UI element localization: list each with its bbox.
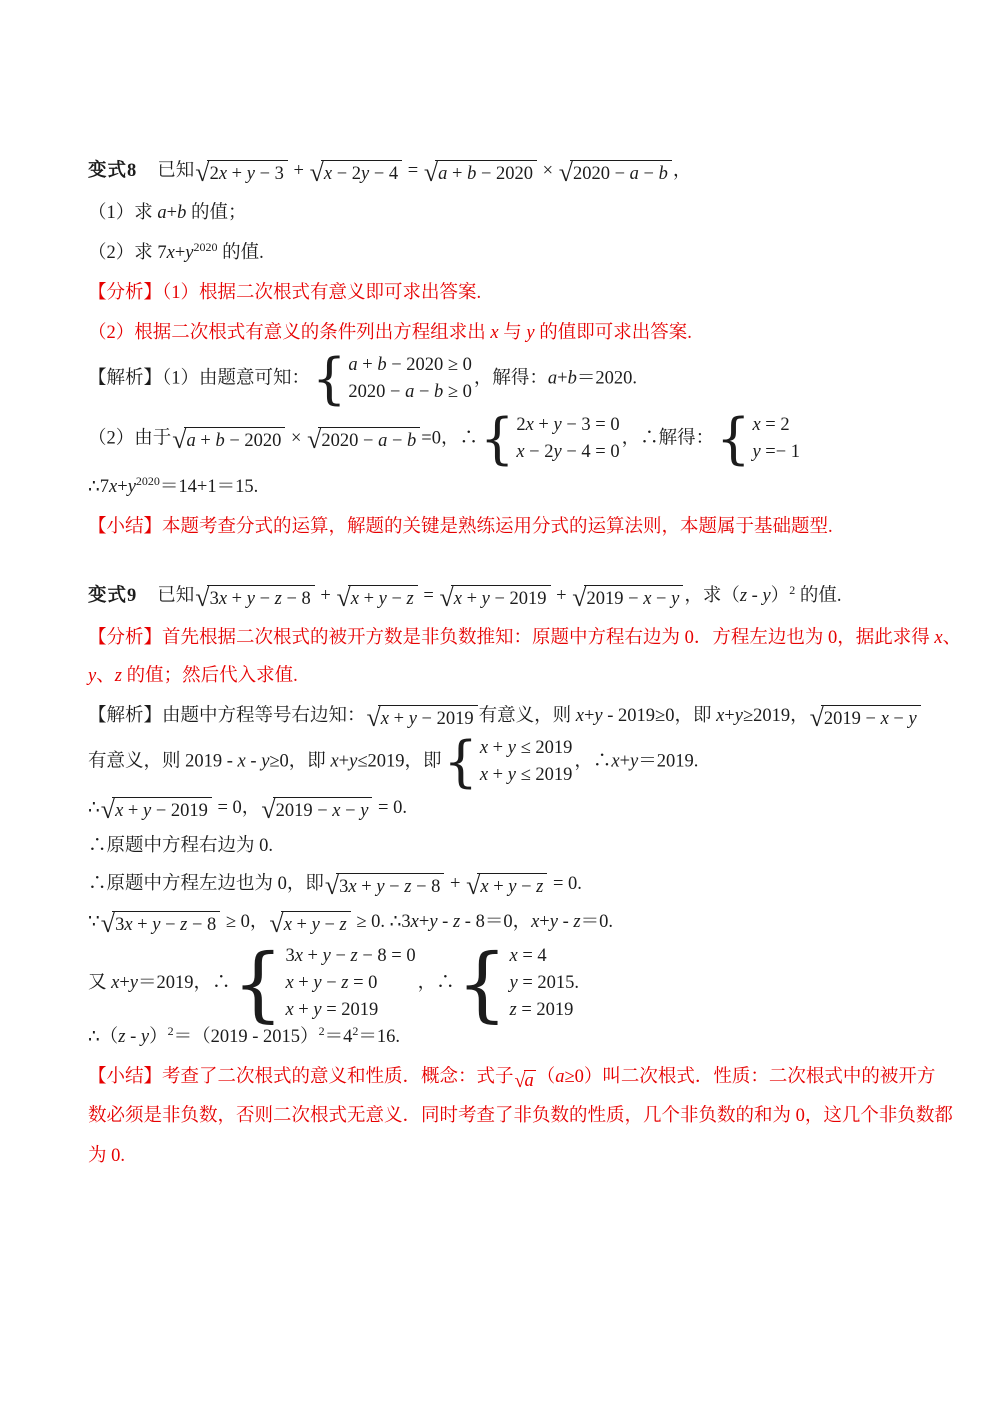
step-text: 又 x+y＝2019，∴	[88, 973, 231, 993]
solution-result: a+b＝2020.	[548, 368, 637, 388]
conclusion-text: ＝16.	[358, 1027, 400, 1047]
step-text: ≥ 0，	[221, 912, 268, 932]
conclusion-text: ∴7x+y	[88, 477, 136, 497]
question-text: 的值.	[795, 586, 841, 606]
equation-system: x + y ≤ 2019x + y ≤ 2019	[443, 735, 572, 789]
v8-question-1: （1）求 a+b 的值；	[88, 200, 907, 226]
radicand: 2x + y − 3	[207, 160, 288, 185]
v8-conclusion-line: ∴7x+y2020＝14+1＝15.	[88, 474, 907, 500]
solution-text: ，∴解得：	[622, 428, 715, 448]
conclusion-text: ＝14+1＝15.	[160, 477, 258, 497]
v9-analysis-line-1: 【分析】首先根据二次根式的被开方数是非负数推知：原题中方程右边为 0．方程左边也…	[88, 625, 907, 651]
solution-row: x = 4	[510, 943, 580, 970]
radicand: 3x + y − z − 8	[112, 911, 220, 936]
conclusion-text: ＝4	[325, 1027, 353, 1047]
radical-expression: √3x + y − z − 8	[101, 911, 220, 937]
equation-row: 3x + y − z − 8 = 0	[285, 943, 415, 970]
operator: =	[403, 161, 423, 181]
solution-text: 【解析】（1）由题意可知：	[88, 368, 310, 388]
operator: +	[552, 586, 572, 606]
question-text: （1）求 a+b 的值；	[88, 203, 246, 223]
equation-system: 2x + y − 3 = 0x − 2y − 4 = 0	[480, 412, 620, 466]
equation-row: x + y ≤ 2019	[480, 762, 573, 789]
radicand: 3x + y − z − 8	[207, 585, 315, 610]
exponent: 2020	[194, 240, 218, 254]
radicand: 2019 − x − y	[273, 797, 373, 822]
v9-step-line-4: ∴原题中方程右边为 0.	[88, 833, 907, 859]
radical-expression: √x + y − z	[269, 911, 350, 937]
v8-question-2: （2）求 7x+y2020 的值.	[88, 240, 907, 266]
conclusion-text: ∴（z - y）	[88, 1027, 168, 1047]
radicand: 3x + y − z − 8	[336, 873, 444, 898]
radical-expression: √2019 − x − y	[810, 705, 921, 731]
operator: =	[419, 586, 439, 606]
radicand: x + y − z	[348, 585, 418, 610]
equation-system: 3x + y − z − 8 = 0x + y − z = 0x + y = 2…	[233, 943, 416, 1024]
equation-row: x + y − z = 0	[285, 970, 415, 997]
operator: +	[289, 161, 309, 181]
step-text: ∴原题中方程左边也为 0，即	[88, 874, 324, 894]
v8-solution-line-1: 【解析】（1）由题意可知：a + b − 2020 ≥ 02020 − a − …	[88, 352, 907, 406]
operator: +	[316, 586, 336, 606]
v9-step-line-6: ∵√3x + y − z − 8 ≥ 0，√x + y − z ≥ 0. ∴3x…	[88, 909, 907, 937]
solution-row: x = 2	[752, 412, 800, 439]
radical-expression: √3x + y − z − 8	[325, 873, 444, 899]
question-text: 的值.	[218, 243, 264, 263]
v8-analysis-line-1: 【分析】（1）根据二次根式有意义即可求出答案.	[88, 280, 907, 306]
v9-summary-line-1: 【小结】考查了二次根式的意义和性质．概念：式子√a（a≥0）叫二次根式．性质：二…	[88, 1064, 907, 1092]
solution-text: =0，	[421, 428, 459, 448]
equation-row: x − 2y − 4 = 0	[516, 439, 619, 466]
solution-text: （2）由于	[88, 428, 171, 448]
operator: ×	[538, 161, 558, 181]
solution-system: x = 4y = 2015.z = 2019	[457, 943, 579, 1024]
step-text: = 0，	[213, 798, 260, 818]
solution-text: 有意义，则 2019 - x - y≥0，即 x+y≤2019，即	[88, 751, 441, 771]
step-text: = 0.	[548, 874, 582, 894]
equation-row: x + y = 2019	[285, 997, 415, 1024]
radicand: x + y − z	[281, 911, 351, 936]
v9-problem-line: 变式9已知√3x + y − z − 8 + √x + y − z = √x +…	[88, 583, 907, 611]
analysis-text: 【分析】首先根据二次根式的被开方数是非负数推知：原题中方程右边为 0．方程左边也…	[88, 628, 961, 648]
v8-given-lead: 已知	[157, 161, 194, 181]
solution-text: 有意义，则 x+y - 2019≥0，即 x+y≥2019，	[479, 706, 809, 726]
equation-system: a + b − 2020 ≥ 02020 − a − b ≥ 0	[312, 352, 472, 406]
solution-row: y = 2015.	[510, 970, 580, 997]
summary-text: （a≥0）叫二次根式．性质：二次根式中的被开方	[537, 1067, 936, 1087]
step-text: ∴3x+y - z - 8＝0，x+y - z＝0.	[385, 912, 613, 932]
system-rows: x = 2y =− 1	[752, 412, 800, 466]
operator: +	[445, 874, 465, 894]
therefore-symbol: ∴	[88, 798, 100, 818]
system-rows: 2x + y − 3 = 0x − 2y − 4 = 0	[516, 412, 619, 466]
radicand: a	[524, 1070, 536, 1091]
v8-problem-line: 变式8已知√2x + y − 3 + √x − 2y − 4 = √a + b …	[88, 158, 907, 186]
because-symbol: ∵	[88, 912, 100, 932]
summary-text: 数必须是非负数，否则二次根式无意义．同时考查了非负数的性质，几个非负数的和为 0…	[88, 1106, 953, 1126]
solution-text: 【解析】由题中方程等号右边知：	[88, 706, 366, 726]
radical-expression: √2x + y − 3	[195, 160, 288, 186]
solution-text: ，解得：	[474, 368, 548, 388]
punctuation: ，	[673, 161, 692, 181]
equation-row: a + b − 2020 ≥ 0	[348, 352, 472, 379]
system-rows: 3x + y − z − 8 = 0x + y − z = 0x + y = 2…	[285, 943, 415, 1024]
v8-title: 变式8	[88, 161, 137, 181]
solution-row: y =− 1	[752, 439, 800, 466]
v9-summary-line-2: 数必须是非负数，否则二次根式无意义．同时考查了非负数的性质，几个非负数的和为 0…	[88, 1103, 907, 1129]
radical-expression: √x + y − z	[466, 873, 547, 899]
analysis-text: （2）根据二次根式有意义的条件列出方程组求出 x 与 y 的值即可求出答案.	[88, 323, 692, 343]
equation-row: 2020 − a − b ≥ 0	[348, 379, 472, 406]
v9-step-line-7: 又 x+y＝2019，∴3x + y − z − 8 = 0x + y − z …	[88, 943, 907, 1024]
solution-text: ，∴x+y＝2019.	[574, 751, 698, 771]
radical-expression: √a	[515, 1070, 536, 1092]
radicand: x + y − 2019	[451, 585, 551, 610]
radical-expression: √3x + y − z − 8	[195, 585, 314, 611]
step-text: ，∴	[418, 973, 455, 993]
radicand: 2019 − x − y	[584, 585, 684, 610]
solution-row: z = 2019	[510, 997, 580, 1024]
variation-9-section: 变式9已知√3x + y − z − 8 + √x + y − z = √x +…	[88, 583, 907, 1169]
math-worksheet-page: 变式8已知√2x + y − 3 + √x − 2y − 4 = √a + b …	[0, 0, 993, 1404]
v9-given-lead: 已知	[157, 586, 194, 606]
v9-summary-line-3: 为 0.	[88, 1143, 907, 1169]
v9-step-line-5: ∴原题中方程左边也为 0，即√3x + y − z − 8 + √x + y −…	[88, 871, 907, 899]
v9-solution-line-1: 【解析】由题中方程等号右边知：√x + y − 2019有意义，则 x+y - …	[88, 703, 907, 731]
v8-solution-line-2: （2）由于√a + b − 2020 × √2020 − a − b=0，∴2x…	[88, 412, 907, 466]
equation-row: x + y ≤ 2019	[480, 735, 573, 762]
operator: ×	[286, 428, 306, 448]
v9-step-line-3: ∴√x + y − 2019 = 0，√2019 − x − y = 0.	[88, 795, 907, 823]
radicand: x + y − z	[477, 873, 547, 898]
radical-expression: √x + y − 2019	[439, 585, 550, 611]
radical-expression: √2020 − a − b	[307, 427, 420, 453]
radical-expression: √x + y − 2019	[367, 705, 478, 731]
radicand: x − 2y − 4	[321, 160, 402, 185]
radical-expression: √x + y − z	[336, 585, 417, 611]
radicand: 2020 − a − b	[570, 160, 672, 185]
question-text: ，求（z - y）	[684, 586, 789, 606]
question-text: （2）求 7x+y	[88, 243, 194, 263]
radical-expression: √2020 − a − b	[559, 160, 672, 186]
variation-8-section: 变式8已知√2x + y − 3 + √x − 2y − 4 = √a + b …	[88, 158, 907, 540]
radical-expression: √2019 − x − y	[572, 585, 683, 611]
equation-row: 2x + y − 3 = 0	[516, 412, 619, 439]
radical-expression: √x − 2y − 4	[310, 160, 403, 186]
therefore-symbol: ∴	[459, 428, 478, 448]
summary-text: 【小结】考查了二次根式的意义和性质．概念：式子	[88, 1067, 514, 1087]
radicand: x + y − 2019	[378, 705, 478, 730]
exponent: 2020	[136, 474, 160, 488]
radicand: 2020 − a − b	[318, 427, 420, 452]
analysis-text: y、z 的值；然后代入求值.	[88, 666, 298, 686]
summary-text: 为 0.	[88, 1146, 125, 1166]
system-rows: x = 4y = 2015.z = 2019	[510, 943, 580, 1024]
v9-analysis-line-2: y、z 的值；然后代入求值.	[88, 663, 907, 689]
v9-title: 变式9	[88, 586, 137, 606]
radicand: 2019 − x − y	[821, 705, 921, 730]
system-rows: a + b − 2020 ≥ 02020 − a − b ≥ 0	[348, 352, 472, 406]
analysis-text: 【分析】（1）根据二次根式有意义即可求出答案.	[88, 283, 481, 303]
radical-expression: √a + b − 2020	[172, 427, 285, 453]
radicand: x + y − 2019	[112, 797, 212, 822]
step-text: ≥ 0.	[352, 912, 385, 932]
radical-expression: √a + b − 2020	[424, 160, 537, 186]
step-text: ∴原题中方程右边为 0.	[88, 836, 273, 856]
v9-solution-line-2: 有意义，则 2019 - x - y≥0，即 x+y≤2019，即x + y ≤…	[88, 735, 907, 789]
summary-text: 【小结】本题考查分式的运算，解题的关键是熟练运用分式的运算法则，本题属于基础题型…	[88, 517, 833, 537]
step-text: = 0.	[373, 798, 407, 818]
radical-expression: √x + y − 2019	[101, 797, 212, 823]
system-rows: x + y ≤ 2019x + y ≤ 2019	[480, 735, 573, 789]
solution-system: x = 2y =− 1	[716, 412, 800, 466]
radical-expression: √2019 − x − y	[261, 797, 372, 823]
v8-summary-line: 【小结】本题考查分式的运算，解题的关键是熟练运用分式的运算法则，本题属于基础题型…	[88, 514, 907, 540]
radicand: a + b − 2020	[184, 427, 286, 452]
v8-analysis-line-2: （2）根据二次根式有意义的条件列出方程组求出 x 与 y 的值即可求出答案.	[88, 320, 907, 346]
radicand: a + b − 2020	[435, 160, 537, 185]
